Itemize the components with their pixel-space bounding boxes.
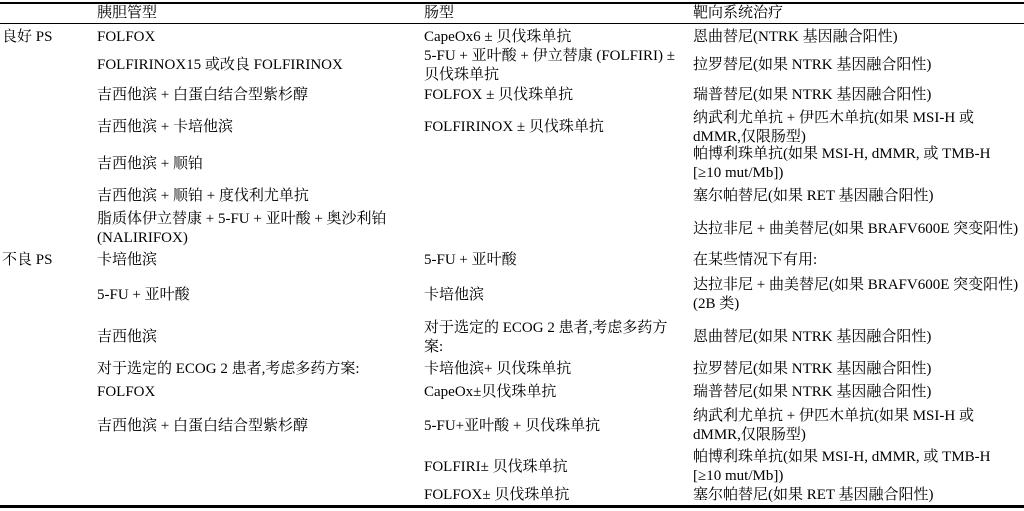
ps-status-cell [0,317,95,358]
ps-status-cell [0,110,95,145]
table-row: 脂质体伊立替康 + 5-FU + 亚叶酸 + 奥沙利铂 (NALIRIFOX) … [0,210,1024,248]
ps-status-cell [0,183,95,210]
table-header-row: 胰胆管型 肠型 靶向系统治疗 [0,2,1024,24]
intestinal-cell: 5-FU+亚叶酸 + 贝伐珠单抗 [422,404,691,448]
pancreatobiliary-cell: 吉西他滨 + 顺铂 + 度伐利尤单抗 [95,183,422,210]
intestinal-cell: 5-FU + 亚叶酸 [422,248,691,273]
ps-status-cell [0,50,95,81]
pancreatobiliary-cell: 吉西他滨 + 白蛋白结合型紫杉醇 [95,81,422,110]
intestinal-cell: 卡培他滨+ 贝伐珠单抗 [422,358,691,380]
table-row: 吉西他滨 + 顺铂 帕博利珠单抗(如果 MSI-H, dMMR, 或 TMB-H… [0,145,1024,183]
col-header-pancreatobiliary: 胰胆管型 [95,4,422,23]
table-row: 吉西他滨 + 白蛋白结合型紫杉醇 5-FU+亚叶酸 + 贝伐珠单抗 纳武利尤单抗… [0,404,1024,448]
ps-status-cell [0,404,95,448]
pancreatobiliary-cell: 吉西他滨 + 白蛋白结合型紫杉醇 [95,404,422,448]
col-header-intestinal: 肠型 [422,4,691,23]
table-row: 5-FU + 亚叶酸 卡培他滨 达拉非尼 + 曲美替尼(如果 BRAFV600E… [0,273,1024,317]
table-row: 吉西他滨 + 白蛋白结合型紫杉醇 FOLFOX ± 贝伐珠单抗 瑞普替尼(如果 … [0,81,1024,110]
targeted-therapy-cell: 恩曲替尼(NTRK 基因融合阳性) [691,24,1024,50]
ps-status-cell [0,210,95,248]
col-header-ps-status [0,4,95,23]
intestinal-cell: 卡培他滨 [422,273,691,317]
targeted-therapy-cell: 达拉非尼 + 曲美替尼(如果 BRAFV600E 突变阳性)(2B 类) [691,273,1024,317]
targeted-therapy-cell: 在某些情况下有用: [691,248,1024,273]
targeted-therapy-cell: 恩曲替尼(如果 NTRK 基因融合阳性) [691,317,1024,358]
intestinal-cell [422,183,691,210]
table-row: FOLFOX± 贝伐珠单抗 塞尔帕替尼(如果 RET 基因融合阳性) [0,486,1024,505]
table-row: FOLFIRINOX15 或改良 FOLFIRINOX 5-FU + 亚叶酸 +… [0,50,1024,81]
table-row: FOLFOX CapeOx±贝伐珠单抗 瑞普替尼(如果 NTRK 基因融合阳性) [0,380,1024,404]
targeted-therapy-cell: 瑞普替尼(如果 NTRK 基因融合阳性) [691,380,1024,404]
table-row: 不良 PS 卡培他滨 5-FU + 亚叶酸 在某些情况下有用: [0,248,1024,273]
intestinal-cell: FOLFIRINOX ± 贝伐珠单抗 [422,110,691,145]
ps-status-cell [0,273,95,317]
pancreatobiliary-cell: 吉西他滨 [95,317,422,358]
pancreatobiliary-cell: 5-FU + 亚叶酸 [95,273,422,317]
targeted-therapy-cell: 拉罗替尼(如果 NTRK 基因融合阳性) [691,358,1024,380]
table-row: FOLFIRI± 贝伐珠单抗 帕博利珠单抗(如果 MSI-H, dMMR, 或 … [0,448,1024,486]
col-header-targeted-therapy: 靶向系统治疗 [691,4,1024,23]
intestinal-cell: FOLFOX± 贝伐珠单抗 [422,486,691,505]
pancreatobiliary-cell: FOLFOX [95,24,422,50]
intestinal-cell: 5-FU + 亚叶酸 + 伊立替康 (FOLFIRI) ± 贝伐珠单抗 [422,50,691,81]
ps-status-cell: 不良 PS [0,248,95,273]
targeted-therapy-cell: 瑞普替尼(如果 NTRK 基因融合阳性) [691,81,1024,110]
ps-status-cell [0,380,95,404]
targeted-therapy-cell: 拉罗替尼(如果 NTRK 基因融合阳性) [691,50,1024,81]
table-bottom-border [0,505,1024,508]
table-row: 对于选定的 ECOG 2 患者,考虑多药方案: 卡培他滨+ 贝伐珠单抗 拉罗替尼… [0,358,1024,380]
ps-status-cell [0,358,95,380]
intestinal-cell [422,145,691,183]
table-row: 吉西他滨 对于选定的 ECOG 2 患者,考虑多药方案: 恩曲替尼(如果 NTR… [0,317,1024,358]
table-row: 吉西他滨 + 卡培他滨 FOLFIRINOX ± 贝伐珠单抗 纳武利尤单抗 + … [0,110,1024,145]
intestinal-cell [422,210,691,248]
targeted-therapy-cell: 塞尔帕替尼(如果 RET 基因融合阳性) [691,183,1024,210]
intestinal-cell: FOLFOX ± 贝伐珠单抗 [422,81,691,110]
pancreatobiliary-cell [95,448,422,486]
ps-status-cell [0,486,95,505]
targeted-therapy-cell: 塞尔帕替尼(如果 RET 基因融合阳性) [691,486,1024,505]
pancreatobiliary-cell: FOLFIRINOX15 或改良 FOLFIRINOX [95,50,422,81]
targeted-therapy-cell: 帕博利珠单抗(如果 MSI-H, dMMR, 或 TMB-H [≥10 mut/… [691,448,1024,486]
pancreatobiliary-cell: 吉西他滨 + 顺铂 [95,145,422,183]
ps-status-cell [0,81,95,110]
targeted-therapy-cell: 纳武利尤单抗 + 伊匹木单抗(如果 MSI-H 或 dMMR,仅限肠型) [691,404,1024,448]
pancreatobiliary-cell [95,486,422,505]
pancreatobiliary-cell: 吉西他滨 + 卡培他滨 [95,110,422,145]
targeted-therapy-cell: 帕博利珠单抗(如果 MSI-H, dMMR, 或 TMB-H [≥10 mut/… [691,145,1024,183]
treatment-regimen-table: 胰胆管型 肠型 靶向系统治疗 良好 PS FOLFOX CapeOx6 ± 贝伐… [0,0,1024,511]
pancreatobiliary-cell: 脂质体伊立替康 + 5-FU + 亚叶酸 + 奥沙利铂 (NALIRIFOX) [95,210,422,248]
table-row: 吉西他滨 + 顺铂 + 度伐利尤单抗 塞尔帕替尼(如果 RET 基因融合阳性) [0,183,1024,210]
intestinal-cell: FOLFIRI± 贝伐珠单抗 [422,448,691,486]
ps-status-cell: 良好 PS [0,24,95,50]
targeted-therapy-cell: 纳武利尤单抗 + 伊匹木单抗(如果 MSI-H 或 dMMR,仅限肠型) [691,110,1024,145]
intestinal-cell: 对于选定的 ECOG 2 患者,考虑多药方案: [422,317,691,358]
intestinal-cell: CapeOx±贝伐珠单抗 [422,380,691,404]
pancreatobiliary-cell: 对于选定的 ECOG 2 患者,考虑多药方案: [95,358,422,380]
ps-status-cell [0,145,95,183]
pancreatobiliary-cell: FOLFOX [95,380,422,404]
pancreatobiliary-cell: 卡培他滨 [95,248,422,273]
targeted-therapy-cell: 达拉非尼 + 曲美替尼(如果 BRAFV600E 突变阳性) [691,210,1024,248]
ps-status-cell [0,448,95,486]
